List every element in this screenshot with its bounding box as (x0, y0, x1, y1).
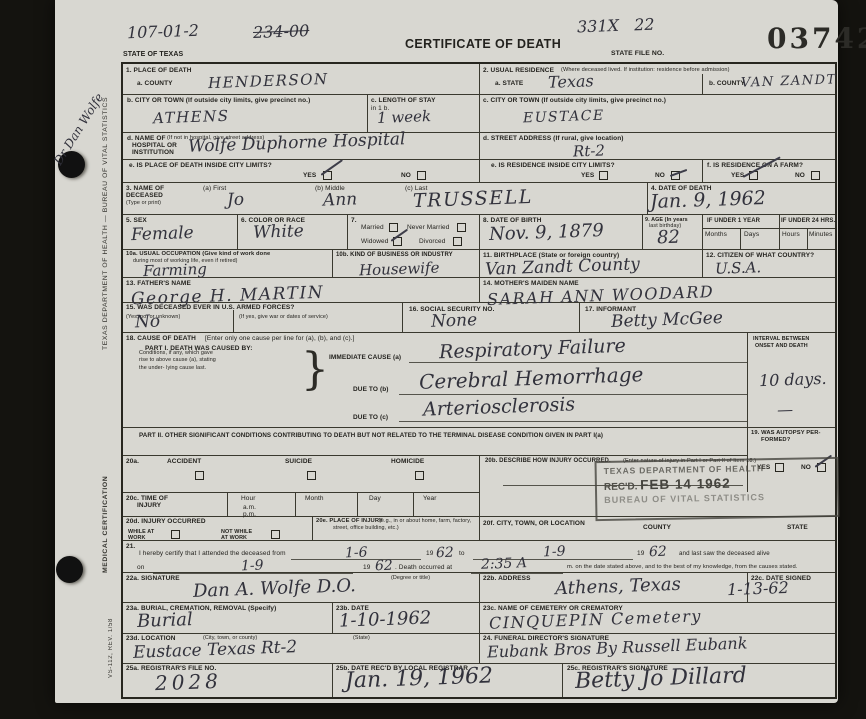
grid-line (123, 455, 747, 456)
injury-county-label: COUNTY (643, 524, 671, 532)
burial-location-paren2: (State) (353, 635, 370, 641)
never-married-checkbox (457, 223, 466, 232)
grid-line (779, 214, 780, 249)
not-while-at-work-checkbox (271, 530, 280, 539)
sidebar-medical-certification-text: MEDICAL CERTIFICATION (102, 418, 109, 573)
write-line (471, 573, 563, 574)
no-label: NO (401, 172, 411, 180)
grid-line (123, 492, 479, 493)
grid-line (123, 427, 835, 428)
accident-checkbox (195, 471, 204, 480)
homicide-checkbox (415, 471, 424, 480)
grid-line (479, 455, 480, 516)
name-label2: DECEASED (126, 192, 163, 200)
address-label: 22b. ADDRESS (483, 575, 531, 583)
grid-line (402, 302, 403, 332)
burial-date-value: 1-10-1962 (339, 607, 432, 631)
residence-county-label: b. COUNTY (709, 80, 745, 88)
grid-line (479, 214, 480, 249)
describe-injury-label: 20b. DESCRIBE HOW INJURY OCCURRED. (485, 458, 611, 465)
grid-line (332, 249, 333, 277)
certificate-paper: Dr Dan Wolfe TEXAS DEPARTMENT OF HEALTH … (55, 0, 838, 703)
county-value: HENDERSON (208, 70, 329, 92)
yes-label: YES (581, 172, 594, 180)
death-inside-city-no-checkbox (417, 171, 426, 180)
divorced-label: Divorced (419, 238, 445, 246)
grid-line (702, 74, 703, 94)
grid-line (479, 277, 480, 302)
grid-line (295, 492, 296, 516)
certify-line2b: m. on the date stated above, and to the … (567, 564, 798, 571)
certificate-form: 1. PLACE OF DEATH a. COUNTY HENDERSON 2.… (121, 62, 837, 699)
brace-glyph: } (301, 344, 329, 395)
certify-number: 21. (126, 543, 135, 551)
registrar-signature-value: Betty Jo Dillard (575, 663, 748, 694)
state-file-number-stamp: 03742 (767, 22, 866, 55)
middle-name-value: Ann (323, 189, 358, 210)
date-signed-value: 1-13-62 (727, 578, 789, 599)
yes-label: YES (303, 172, 316, 180)
hours-label: Hours (782, 231, 800, 239)
grid-line (642, 214, 643, 249)
place-of-injury-paren2: street, office building, etc.) (333, 525, 399, 531)
months-label: Months (705, 231, 727, 239)
death-time-value: 2:35 A (481, 555, 528, 573)
place-of-injury-paren: (e.g., in or about home, farm, factory, (379, 518, 471, 524)
header-code-right: 331X 22 (577, 15, 655, 37)
day-label: Day (369, 495, 381, 503)
residence-city-label: c. CITY OR TOWN (If outside city limits,… (483, 97, 666, 105)
write-line (399, 421, 747, 422)
grid-line (347, 214, 348, 249)
hospital-value: Wolfe Duphorne Hospital (188, 129, 406, 157)
last-seen-year: 62 (375, 558, 393, 575)
grid-line (702, 228, 835, 229)
certificate-title: CERTIFICATE OF DEATH (405, 37, 561, 52)
physician-signature-value: Dan A. Wolfe D.O. (193, 575, 356, 602)
no-label: NO (795, 172, 805, 180)
birthplace-value: Van Zandt County (485, 254, 640, 279)
while-at-work-checkbox (171, 530, 180, 539)
due-to-b-value: Cerebral Hemorrhage (419, 362, 644, 394)
residence-inside-city-label: e. IS RESIDENCE INSIDE CITY LIMITS? (491, 162, 615, 170)
married-label: Married (361, 224, 384, 232)
sidebar-department-text: TEXAS DEPARTMENT OF HEALTH — BUREAU OF V… (102, 85, 109, 350)
grid-line (332, 602, 333, 633)
occupation-value: Farming (143, 260, 207, 280)
at-work-label: AT WORK (221, 535, 247, 541)
armed-forces-value: No (135, 312, 161, 333)
month-label: Month (305, 495, 324, 503)
city-value: ATHENS (153, 107, 230, 128)
grid-line (562, 663, 563, 697)
due-to-b-label: DUE TO (b) (353, 386, 389, 394)
first-name-value: Jo (227, 190, 245, 211)
age-value: 82 (657, 227, 681, 249)
cause-heading-paren: [Enter only one cause per line for (a), … (205, 335, 355, 343)
to-label: to (459, 550, 465, 558)
grid-line (479, 516, 480, 540)
signature-label: 22a. SIGNATURE (126, 575, 180, 583)
no-label: NO (655, 172, 665, 180)
suicide-checkbox (307, 471, 316, 480)
place-of-death-heading: 1. PLACE OF DEATH (126, 67, 192, 75)
year-prefix: 19 (426, 550, 433, 558)
stamp-recd-label: REC'D. (604, 481, 638, 493)
address-value: Athens, Texas (555, 574, 681, 599)
occupation-label: 10a. USUAL OCCUPATION (Give kind of work… (126, 251, 270, 258)
days-label: Days (744, 231, 759, 239)
interval-b-value: 10 days. (759, 369, 827, 390)
scanned-death-certificate: Dr Dan Wolfe TEXAS DEPARTMENT OF HEALTH … (0, 0, 866, 719)
grid-line (237, 214, 238, 249)
stamp-line2: REC'D. FEB 14 1962 (604, 474, 830, 493)
cause-heading: 18. CAUSE OF DEATH (126, 335, 196, 343)
grid-line (123, 182, 835, 183)
immediate-cause-label: IMMEDIATE CAUSE (a) (329, 354, 401, 362)
stay-label: c. LENGTH OF STAY (371, 97, 436, 105)
year-prefix: 19 (363, 564, 370, 572)
residence-heading: 2. USUAL RESIDENCE (483, 67, 554, 75)
armed-forces-label: 15. WAS DECEASED EVER IN U.S. ARMED FORC… (126, 304, 294, 312)
county-label: a. COUNTY (137, 80, 173, 88)
hour-label: Hour (241, 495, 256, 503)
hospital-label3: INSTITUTION (132, 149, 174, 157)
certify-line1b: and last saw the deceased alive (679, 550, 770, 557)
grid-line (233, 310, 234, 332)
interval-c-value: — (777, 400, 794, 420)
under-24-hrs-label: IF UNDER 24 HRS. (781, 218, 835, 225)
grid-line (579, 302, 580, 332)
grid-line (479, 572, 480, 602)
under-1-year-label: IF UNDER 1 YEAR (707, 218, 760, 225)
last-name-value: TRUSSELL (413, 186, 533, 212)
grid-line (332, 663, 333, 697)
degree-label: (Degree or title) (391, 575, 430, 581)
minutes-label: Minutes (809, 231, 832, 239)
homicide-label: HOMICIDE (391, 458, 424, 466)
residence-city-value: EUSTACE (523, 108, 605, 127)
work-label: WORK (128, 535, 145, 541)
grid-line (807, 228, 808, 249)
injury-state-label: STATE (787, 524, 808, 532)
burial-location-value: Eustace Texas Rt-2 (133, 637, 298, 663)
header-code-left: 107-01-2 (127, 21, 200, 42)
street-address-value: Rt-2 (573, 141, 606, 160)
stamp-date: FEB 14 1962 (640, 476, 731, 493)
burial-type-value: Burial (137, 609, 193, 632)
industry-value: Housewife (359, 259, 440, 280)
header-code-struck: 234-00 (253, 21, 310, 42)
attended-to-value: 1-9 (543, 544, 566, 561)
registrar-date-value: Jan. 19, 1962 (345, 663, 494, 693)
due-to-c-label: DUE TO (c) (353, 414, 388, 422)
grid-line (357, 492, 358, 516)
grid-line (479, 633, 480, 663)
grid-line (702, 214, 703, 249)
grid-line (479, 602, 480, 633)
informant-value: Betty McGee (611, 308, 723, 332)
grid-line (227, 492, 228, 516)
date-of-birth-value: Nov. 9, 1879 (489, 220, 604, 245)
death-occurred-label: . Death occurred at (395, 564, 452, 572)
residence-inside-city-yes-checkbox (599, 171, 608, 180)
injury-occurred-label: 20d. INJURY OCCURRED (126, 518, 206, 526)
grid-line (647, 182, 648, 214)
grid-line (702, 249, 703, 277)
attended-from-year: 62 (436, 545, 454, 562)
sex-value: Female (131, 223, 194, 245)
year-prefix: 19 (637, 550, 644, 558)
immediate-cause-value: Respiratory Failure (439, 335, 626, 364)
time-of-injury-label2: INJURY (137, 502, 161, 510)
grid-line (312, 516, 313, 540)
state-of-texas-label: STATE OF TEXAS (123, 51, 183, 59)
stamp-line3: BUREAU OF VITAL STATISTICS (604, 491, 830, 505)
armed-forces-paren2: (If yes, give war or dates of service) (239, 314, 328, 320)
residence-county-value: VAN ZANDT (741, 72, 837, 90)
grid-line (702, 159, 703, 182)
date-of-death-value: Jan. 9, 1962 (650, 187, 766, 213)
name-paren: (Type or print) (126, 200, 161, 206)
city-label: b. CITY OR TOWN (If outside city limits,… (127, 97, 310, 105)
married-checkbox (389, 223, 398, 232)
attended-to-year: 62 (649, 544, 667, 561)
residence-farm-no-checkbox (811, 171, 820, 180)
conditions-note: Conditions, if any, which gave rise to a… (139, 350, 219, 372)
never-married-label: Never Married (407, 224, 449, 232)
grid-line (479, 64, 480, 182)
grid-line (479, 249, 480, 277)
divorced-checkbox (453, 237, 462, 246)
part2-label: PART II. OTHER SIGNIFICANT CONDITIONS CO… (139, 432, 603, 439)
interval-heading: INTERVAL BETWEEN (753, 336, 809, 342)
first-name-label: (a) First (203, 185, 226, 193)
grid-line (740, 228, 741, 249)
received-stamp: TEXAS DEPARTMENT OF HEALTH REC'D. FEB 14… (594, 457, 839, 521)
last-seen-value: 1-9 (241, 558, 264, 575)
registrar-file-value: 2028 (155, 669, 223, 695)
ssn-value: None (431, 310, 478, 332)
autopsy-label: 19. WAS AUTOPSY PER- (751, 430, 821, 437)
year-label: Year (423, 495, 437, 503)
injury-city-label: 20f. CITY, TOWN, OR LOCATION (483, 520, 585, 528)
state-file-no-label: STATE FILE NO. (611, 50, 664, 58)
race-value: White (253, 221, 304, 243)
residence-state-value: Texas (548, 71, 594, 92)
death-inside-city-label: e. IS PLACE OF DEATH INSIDE CITY LIMITS? (129, 162, 272, 170)
grid-line (413, 492, 414, 516)
on-label: on (137, 564, 144, 572)
widowed-label: Widowed (361, 238, 388, 246)
attended-from-value: 1-6 (345, 545, 368, 562)
place-of-injury-label: 20e. PLACE OF INJURY (316, 518, 383, 525)
stay-value: 1 week (377, 107, 432, 127)
sidebar-form-number: VS-112, REV. 1/58 (108, 598, 114, 678)
punch-hole-bottom (56, 556, 83, 583)
grid-line (367, 94, 368, 132)
autopsy-label2: FORMED? (761, 437, 790, 444)
residence-state-label: a. STATE (495, 80, 523, 88)
interval-heading2: ONSET AND DEATH (755, 343, 808, 349)
due-to-c-value: Arteriosclerosis (423, 393, 576, 420)
injury-20a-label: 20a. (126, 458, 139, 466)
accident-label: ACCIDENT (167, 458, 201, 466)
suicide-label: SUICIDE (285, 458, 312, 466)
pm-label: p.m. (243, 511, 256, 519)
marital-label: 7. (351, 217, 357, 225)
citizen-value: U.S.A. (715, 258, 762, 278)
grid-line (123, 332, 835, 333)
